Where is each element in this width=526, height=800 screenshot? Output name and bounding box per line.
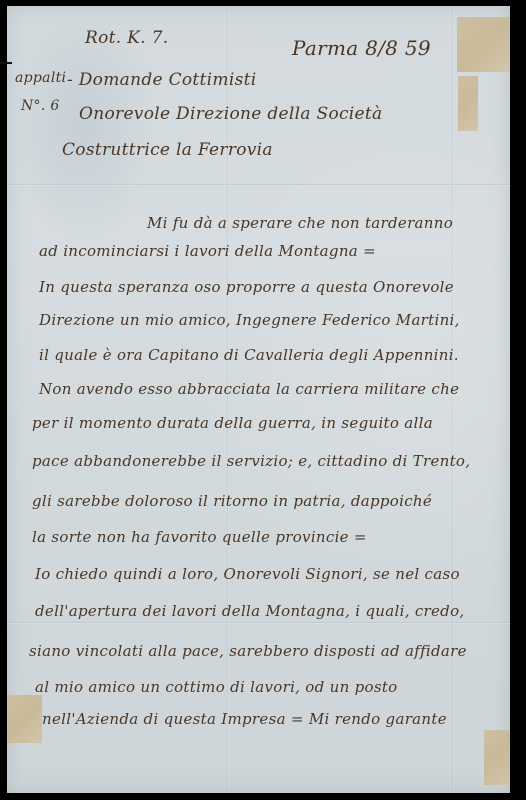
body-line: pace abbandonerebbe il servizio; e, citt…	[32, 452, 470, 470]
reference-number: Rot. K. 7.	[85, 28, 168, 48]
body-line: In questa speranza oso proporre a questa…	[39, 278, 454, 296]
body-line: per il momento durata della guerra, in s…	[32, 414, 433, 432]
tape-bottom-left	[7, 695, 42, 743]
letter-paper: Rot. K. 7. Parma 8/8 59 appalti - Domand…	[7, 6, 510, 793]
body-line: Direzione un mio amico, Ingegnere Federi…	[39, 311, 460, 329]
body-line: siano vincolati alla pace, sarebbero dis…	[29, 642, 467, 660]
body-line: al mio amico un cottimo di lavori, od un…	[35, 678, 397, 696]
body-line: ad incominciarsi i lavori della Montagna…	[39, 242, 376, 260]
margin-note-number: N°. 6	[21, 98, 60, 114]
body-line: il quale è ora Capitano di Cavalleria de…	[39, 346, 459, 364]
body-line: Io chiedo quindi a loro, Onorevoli Signo…	[35, 565, 460, 583]
body-line: la sorte non ha favorito quelle provinci…	[32, 528, 367, 546]
fold-crease-top	[7, 184, 510, 186]
salutation-line-2: Costruttrice la Ferrovia	[62, 140, 273, 160]
margin-note-appalti: appalti	[15, 70, 66, 86]
fold-crease-vertical-right	[452, 6, 454, 793]
fold-crease-bottom	[7, 622, 510, 624]
body-line: gli sarebbe doloroso il ritorno in patri…	[32, 492, 432, 510]
tape-top-right-strip	[458, 76, 478, 131]
tape-bottom-right	[484, 730, 510, 785]
tape-top-right	[457, 17, 510, 72]
body-line: dell'apertura dei lavori della Montagna,…	[35, 602, 464, 620]
salutation-line-1: Onorevole Direzione della Società	[79, 104, 382, 124]
place-date: Parma 8/8 59	[292, 36, 431, 60]
subject-line: - Domande Cottimisti	[67, 70, 256, 90]
body-line: Non avendo esso abbracciata la carriera …	[39, 380, 459, 398]
body-line: nell'Azienda di questa Impresa = Mi rend…	[42, 710, 447, 728]
fold-crease-vertical-left	[227, 6, 229, 793]
body-line: Mi fu dà a sperare che non tarderanno	[147, 214, 453, 232]
edge-mark	[0, 62, 12, 64]
